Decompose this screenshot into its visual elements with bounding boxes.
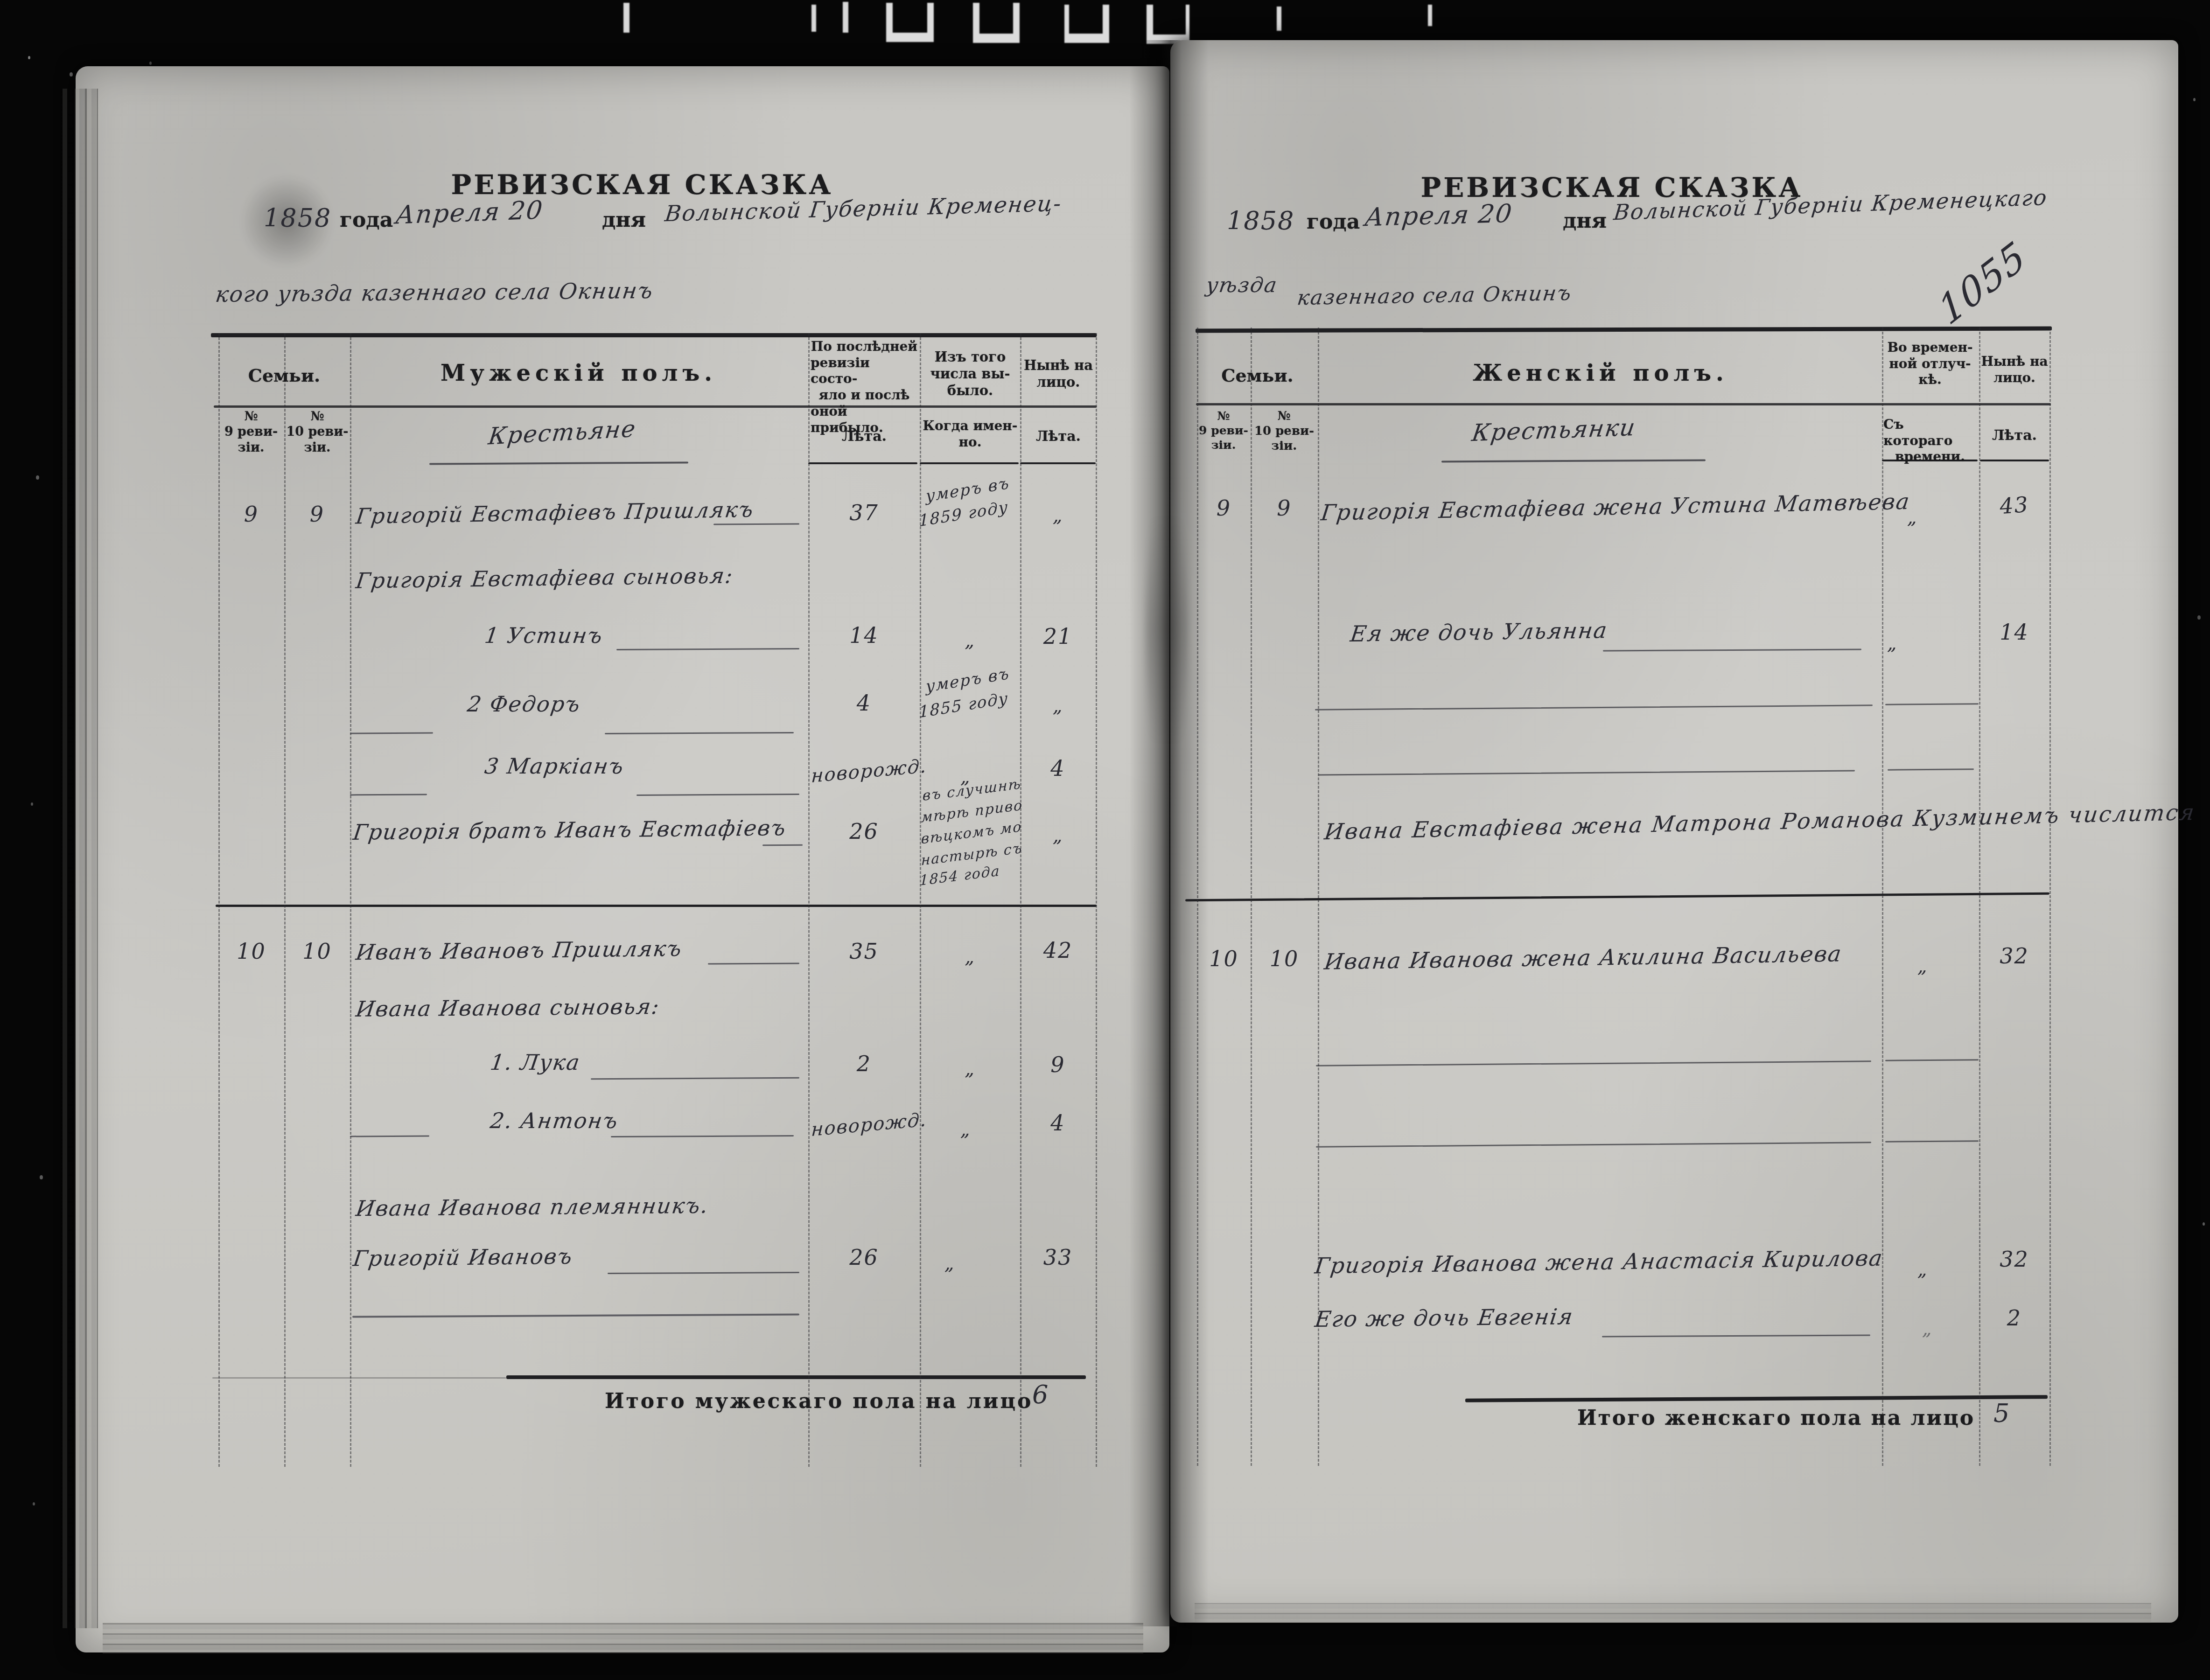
family-no-rev10: 9 [1251, 495, 1318, 521]
microfilm-scan: РЕВИЗСКАЯ СКАЗКА 1858 года Апреля 20 дня… [0, 0, 2210, 1680]
right-date-word-year: года [1307, 210, 1360, 234]
ditto-mark: „ [1895, 955, 1951, 977]
age-now: 4 [1020, 756, 1096, 781]
family-divider-rule [216, 905, 1097, 907]
header-line: Изъ того [935, 349, 1006, 366]
age-now: 32 [1979, 943, 2049, 969]
header-line: Нынѣ на [1981, 354, 2048, 370]
subheading-nephew: Ивана Иванова племянникъ. [354, 1193, 710, 1221]
film-frame-mark [1064, 5, 1109, 43]
header-line: зіи. [1211, 438, 1236, 452]
col-header-male-sex: Мужескій полъ. [355, 360, 803, 386]
age-previous: 26 [808, 819, 920, 844]
ditto-mark: „ [920, 630, 1020, 651]
header-line: зіи. [304, 440, 331, 455]
col-header-rev10: № 10 реви- зіи. [1252, 409, 1317, 454]
col-header-departed: Изъ того числа вы- было. [921, 349, 1019, 399]
age-previous: 35 [808, 939, 920, 964]
film-frame-mark [973, 3, 1020, 43]
age-now: 4 [1020, 1110, 1096, 1136]
age-now: 33 [1020, 1245, 1096, 1270]
left-date-year: 1858 [264, 203, 331, 233]
film-frame-mark [1277, 7, 1281, 31]
ditto-mark: „ [908, 1253, 992, 1274]
col-header-rev9: № 9 реви- зіи. [219, 409, 283, 455]
col-header-prev-revision: По послѣдней ревизіи состо- яло и послѣ … [811, 339, 918, 436]
person-name: 1. Лука [489, 1050, 582, 1075]
right-footer-total: 5 [1993, 1399, 2010, 1428]
ditto-mark: „ [920, 946, 1020, 968]
col-header-away: Во времен- ной отлуч- кѣ. [1883, 340, 1977, 388]
family-no-rev9: 9 [218, 502, 284, 527]
person-name: Григорій Ивановъ [352, 1243, 575, 1271]
header-line: Когда имен- [923, 418, 1018, 434]
family-no-rev9: 10 [1197, 946, 1251, 971]
header-line: было. [947, 383, 993, 399]
right-footer-label: Итого женскаго пола на лицо [1577, 1406, 1975, 1430]
person-name: 1 Устинъ [483, 623, 605, 648]
col-subheader-years: Лѣта. [1980, 427, 2049, 444]
family-no-rev9: 9 [1197, 495, 1251, 521]
ditto-mark: „ [930, 1119, 1000, 1140]
right-date-word-day: дня [1563, 209, 1607, 233]
col-header-family: Семьи. [1197, 365, 1318, 386]
header-line: 9 реви- [1199, 423, 1248, 438]
age-previous: 26 [808, 1245, 920, 1270]
film-frame-mark [843, 2, 848, 33]
header-line: но. [959, 434, 982, 451]
family-no-rev9: 10 [218, 939, 284, 964]
column-rule [1020, 333, 1021, 1467]
column-rule [1096, 333, 1097, 1467]
age-previous: 37 [808, 500, 920, 525]
col-subheader-years-now: Лѣта. [1021, 428, 1096, 445]
age-now: 21 [1020, 624, 1096, 649]
age-now: 9 [1020, 1052, 1096, 1077]
right-date-year: 1858 [1227, 206, 1294, 236]
header-line: кѣ. [1918, 372, 1942, 388]
header-line: № [244, 409, 258, 424]
book-page-edges-bottom-right [1195, 1603, 2151, 1624]
film-frame-mark [811, 5, 816, 32]
ditto-mark: „ [1020, 695, 1096, 717]
col-subheader-since: Съ котораго времени. [1883, 417, 1977, 465]
film-frame-mark [886, 3, 934, 42]
header-line: зіи. [238, 440, 265, 455]
ditto-mark: „ [1895, 1259, 1951, 1280]
ditto-mark: „ [1020, 505, 1096, 526]
footer-rule-faint [212, 1377, 506, 1379]
person-name: Его же дочь Евгенія [1313, 1304, 1575, 1332]
col-header-rev9: № 9 реви- зіи. [1198, 409, 1249, 452]
person-name: Ея же дочь Ульянна [1349, 618, 1609, 647]
left-place-line: кого уѣзда казеннаго села Окнинъ [214, 278, 655, 307]
header-line: 9 реви- [224, 424, 278, 439]
header-line: № [310, 409, 324, 424]
footer-rule [506, 1375, 1086, 1379]
header-line: 10 реви- [286, 424, 348, 439]
ditto-mark: „ [1020, 825, 1096, 846]
person-name: Григорія братъ Иванъ Евстафіевъ [352, 815, 788, 845]
header-line: числа вы- [930, 366, 1010, 383]
age-previous: 14 [808, 623, 920, 648]
film-frame-mark [1428, 5, 1432, 26]
header-line: № [1278, 409, 1291, 424]
family-no-rev10: 10 [284, 939, 350, 964]
table-rule [1020, 462, 1096, 464]
table-rule [214, 405, 1097, 408]
subheading-sons: Григорія Евстафіева сыновья: [355, 563, 735, 593]
left-date-month-day: Апреля 20 [394, 195, 545, 230]
age-now: 43 [1978, 490, 2050, 520]
book-page-edges-left [61, 89, 98, 1628]
subheading-sons: Ивана Иванова сыновья: [354, 994, 661, 1022]
column-rule [350, 333, 351, 1467]
header-line: времени. [1895, 449, 1965, 465]
family-no-rev10: 9 [284, 502, 350, 527]
header-line: лицо. [1037, 374, 1080, 391]
table-rule [1196, 403, 2051, 405]
left-date-word-day: дня [602, 208, 646, 232]
header-line: Нынѣ на [1024, 357, 1093, 374]
person-name: Иванъ Ивановъ Пришлякъ [355, 936, 684, 965]
paper-smudge [1146, 467, 1188, 793]
ditto-mark: „ [920, 1058, 1020, 1080]
header-line: ной отлуч- [1889, 356, 1971, 372]
age-previous: 4 [808, 690, 920, 716]
right-date-month-day: Апреля 20 [1363, 199, 1514, 232]
book-page-edges-bottom [103, 1623, 1143, 1655]
left-date-word-year: года [340, 208, 393, 232]
film-frame-mark [623, 3, 629, 33]
header-line: зіи. [1272, 439, 1297, 453]
col-header-rev10: № 10 реви- зіи. [286, 409, 349, 455]
table-rule [920, 462, 1019, 464]
person-name: 2 Федоръ [466, 691, 582, 717]
left-footer-total: 6 [1032, 1380, 1049, 1409]
header-line: Съ котораго [1883, 417, 1977, 449]
col-header-female-sex: Женскій полъ. [1321, 360, 1881, 386]
age-now: 32 [1979, 1247, 2049, 1272]
table-rule [808, 462, 917, 464]
person-name: 3 Маркіанъ [483, 753, 626, 779]
table-rule [211, 333, 1097, 337]
age-now: 2 [1979, 1305, 2049, 1331]
table-rule [1980, 460, 2049, 461]
col-subheader-years: Лѣта. [811, 428, 918, 445]
age-previous: 2 [808, 1051, 920, 1076]
film-frame-mark [1147, 5, 1189, 44]
header-line: По послѣдней [811, 339, 917, 355]
age-now: 42 [1020, 938, 1096, 963]
col-header-present: Нынѣ на лицо. [1021, 357, 1096, 391]
col-subheader-when: Когда имен- но. [921, 418, 1019, 450]
film-dust [28, 56, 30, 59]
col-header-family: Семьи. [218, 365, 350, 386]
name-trailing-dash [762, 844, 803, 846]
left-footer-label: Итого мужескаго пола на лицо [605, 1389, 1033, 1413]
column-rule [920, 333, 921, 1467]
ditto-mark: „ [1904, 1318, 1951, 1339]
right-place-line-2: казеннаго села Окнинъ [1296, 281, 1574, 310]
column-rule [1318, 328, 1319, 1466]
header-line: яло и послѣ [818, 387, 909, 404]
person-name: 2. Антонъ [489, 1108, 620, 1133]
header-line: ревизіи состо- [811, 355, 918, 387]
header-line: Во времен- [1887, 340, 1972, 356]
right-place-line-1: уѣзда [1204, 273, 1279, 297]
family-no-rev10: 10 [1251, 946, 1318, 971]
header-line: лицо. [1993, 370, 2035, 386]
age-now: 14 [1979, 620, 2049, 645]
ditto-mark: „ [1882, 507, 1943, 528]
left-page-title: РЕВИЗСКАЯ СКАЗКА [385, 169, 899, 201]
column-rule [2049, 328, 2051, 1466]
col-header-present: Нынѣ на лицо. [1980, 354, 2049, 386]
header-line: 10 реви- [1254, 424, 1314, 439]
ditto-mark: „ [1867, 633, 1918, 654]
header-line: № [1217, 409, 1230, 423]
